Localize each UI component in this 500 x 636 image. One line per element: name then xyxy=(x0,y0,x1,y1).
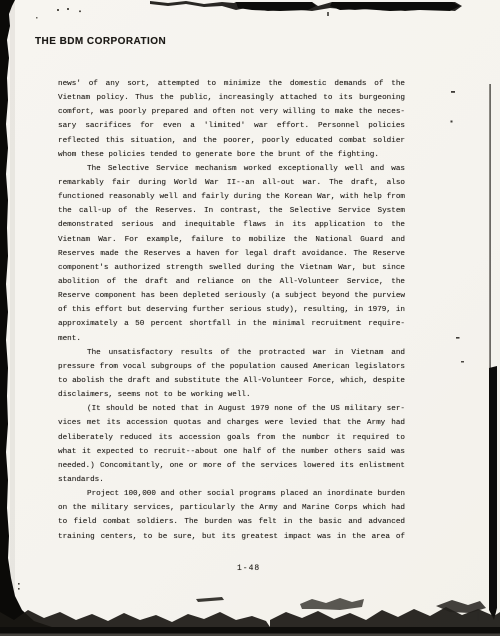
bottom-noise-left xyxy=(0,610,270,627)
bottom-smudge-patch xyxy=(300,598,364,610)
speck-dot xyxy=(67,8,69,10)
left-edge-shadow xyxy=(10,0,15,628)
bottom-stray-mark xyxy=(477,612,479,621)
speck-dot xyxy=(79,11,81,13)
margin-dash xyxy=(456,337,460,339)
text-line: standards. xyxy=(58,473,405,487)
margin-dash xyxy=(451,121,453,123)
text-line: remarkably fair during World War II--an … xyxy=(58,176,405,190)
letterhead-company-name: THE BDM CORPORATION xyxy=(35,36,166,47)
speck-dot xyxy=(18,583,20,585)
text-line: The unsatisfactory results of the protra… xyxy=(58,346,405,360)
left-binding-strip xyxy=(0,0,52,627)
text-line: news' of any sort, attempted to minimize… xyxy=(58,77,405,91)
text-line: on the military services, particularly t… xyxy=(58,501,405,515)
text-line: whom these policies tended to generate b… xyxy=(58,148,405,162)
text-line: pressure from vocal subgroups of the pop… xyxy=(58,360,405,374)
text-line: abolition of the draft and reliance on t… xyxy=(58,275,405,289)
margin-dash xyxy=(451,91,455,93)
text-line: Reserves made the Reserves a haven for l… xyxy=(58,247,405,261)
text-line: training centers, to be sure, but its gr… xyxy=(58,530,405,544)
text-line: ment. xyxy=(58,332,405,346)
text-line: functioned reasonably well and fairly du… xyxy=(58,190,405,204)
top-edge-dark-clump-left xyxy=(236,2,316,11)
right-edge-thin-line xyxy=(489,84,491,372)
text-line: component's authorized strength swelled … xyxy=(58,261,405,275)
bottom-smudge-patch xyxy=(436,600,486,613)
text-line: (It should be noted that in August 1979 … xyxy=(58,402,405,416)
text-line: Vietnam War. For example, failure to mob… xyxy=(58,233,405,247)
scanned-document-page: THE BDM CORPORATION news' of any sort, a… xyxy=(0,0,500,636)
text-line: to field combat soldiers. The burden was… xyxy=(58,515,405,529)
text-line: demonstrated serious and inequitable fla… xyxy=(58,218,405,232)
text-line: Vietnam policy. Thus the public, increas… xyxy=(58,91,405,105)
top-edge-dark-clump-right xyxy=(330,2,460,11)
bottom-noise-right xyxy=(270,607,500,627)
right-edge-black-bar xyxy=(489,366,497,620)
top-edge-smudge xyxy=(150,1,462,11)
text-line: of this effort but deserving further ser… xyxy=(58,303,405,317)
page-number: 1-48 xyxy=(237,564,260,573)
text-line: disclaimers, seems not to be working wel… xyxy=(58,388,405,402)
speck-dot xyxy=(57,9,59,11)
text-line: Project 100,000 and other social program… xyxy=(58,487,405,501)
top-speck-mark xyxy=(327,12,329,16)
text-line: the call-up of the Reserves. In contrast… xyxy=(58,204,405,218)
text-line: needed.) Concomitantly, one or more of t… xyxy=(58,459,405,473)
text-line: vices met its accession quotas and charg… xyxy=(58,416,405,430)
text-line: what it expected to recruit--about one h… xyxy=(58,445,405,459)
bottom-dash-mark xyxy=(196,597,224,602)
text-line: Reserve component has been depleted seri… xyxy=(58,289,405,303)
text-line: to abolish the draft and substitute the … xyxy=(58,374,405,388)
text-line: reflected this situation, and the poorer… xyxy=(58,134,405,148)
text-line: The Selective Service mechanism worked e… xyxy=(58,162,405,176)
text-line: sary sacrifices for even a 'limited' war… xyxy=(58,119,405,133)
text-line: comfort, was poorly prepared and often n… xyxy=(58,105,405,119)
document-body: news' of any sort, attempted to minimize… xyxy=(58,77,405,544)
text-line: approximately a 50 percent shortfall in … xyxy=(58,317,405,331)
bottom-edge-bar xyxy=(0,627,500,634)
speck-dot xyxy=(36,17,38,19)
speck-dot xyxy=(18,588,20,590)
text-line: deliberately reduced its accession goals… xyxy=(58,431,405,445)
margin-dash xyxy=(461,361,464,363)
